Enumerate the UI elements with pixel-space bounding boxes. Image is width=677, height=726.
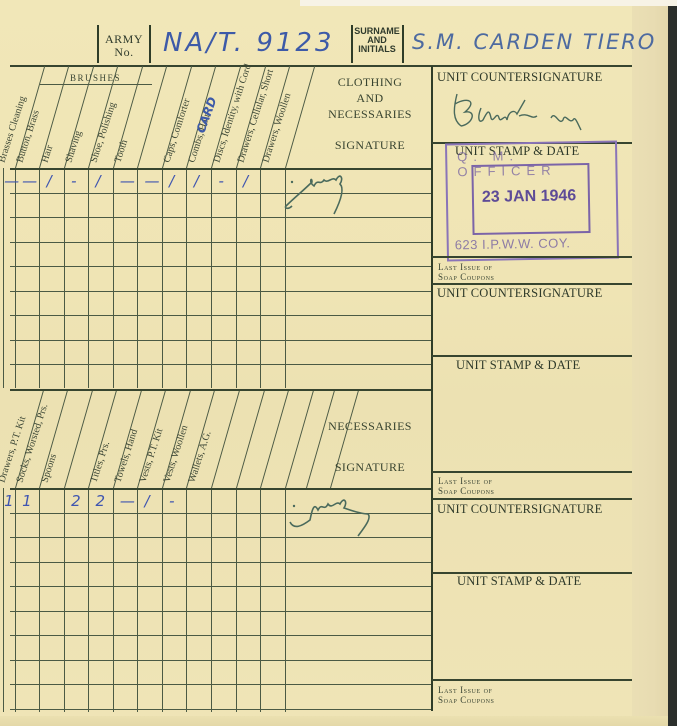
issue-quantity: - (219, 172, 224, 190)
issue-quantity: — (120, 492, 135, 510)
issue-quantity: — (145, 172, 160, 190)
lower-signature-label: SIGNATURE (300, 459, 440, 475)
clothing-necessaries-title: CLOTHING AND NECESSARIES (300, 74, 440, 122)
brushes-group-rule (40, 84, 152, 85)
issue-quantity: — (4, 172, 19, 190)
grid-column-line (211, 168, 212, 388)
handwritten-signature-icon (288, 492, 378, 540)
army-label-line1: ARMY (100, 33, 148, 46)
issue-quantity: 2 (96, 492, 106, 510)
paper-bottom-edge (0, 716, 668, 726)
soap-label-3: Last Issue of Soap Coupons (438, 685, 494, 705)
handwritten-countersignature-icon (447, 90, 607, 140)
stamp-date: 23 JAN 1946 (482, 187, 577, 207)
soap-label-2: Last Issue of Soap Coupons (438, 476, 494, 496)
soap-label-line2: Soap Coupons (438, 695, 494, 705)
grid-column-line (137, 488, 138, 712)
grid-row-line (10, 562, 431, 563)
header-bottom-rule (10, 488, 431, 490)
grid-column-line (88, 488, 89, 712)
soap-label-line1: Last Issue of (438, 476, 494, 486)
grid-column-line (113, 168, 114, 388)
surname-value: S.M. CARDEN TIERO (412, 30, 656, 54)
grid-column-line (186, 168, 187, 388)
army-number-value: NA/T. 9123 (163, 28, 335, 58)
grid-column-line (285, 488, 286, 712)
grid-row-line (10, 242, 431, 243)
grid-row-line (10, 193, 431, 194)
grid-row-line (10, 364, 431, 365)
right-panel-divider (431, 66, 433, 711)
issue-quantity: — (22, 172, 37, 190)
title-line1: CLOTHING (300, 74, 440, 90)
issue-quantity: 1 (4, 492, 14, 510)
necessaries-title: NECESSARIES (300, 418, 440, 434)
unit-stamp: Q. M. OFFICER 23 JAN 1946 623 I.P.W.W. C… (445, 141, 619, 262)
army-label-line2: No. (100, 46, 148, 59)
grid-row-line (10, 709, 431, 710)
block3-rule-soap (432, 679, 632, 681)
lower-signature (288, 492, 378, 545)
grid-column-line (162, 488, 163, 712)
surname-label-line3: INITIALS (353, 45, 401, 54)
grid-row-line (10, 291, 431, 292)
soap-label-line2: Soap Coupons (438, 486, 494, 496)
issue-quantity: - (71, 172, 76, 190)
grid-column-line (162, 168, 163, 388)
stamp-label-2: UNIT STAMP & DATE (456, 358, 580, 373)
countersignature-label-3: UNIT COUNTERSIGNATURE (437, 502, 602, 517)
issue-quantity: / (145, 492, 150, 510)
issue-quantity: / (169, 172, 174, 190)
soap-label-line1: Last Issue of (438, 262, 494, 272)
soap-label-1: Last Issue of Soap Coupons (438, 262, 494, 282)
grid-column-line (137, 168, 138, 388)
issue-quantity: 1 (22, 492, 32, 510)
grid-row-line (10, 266, 431, 267)
grid-column-line (64, 488, 65, 712)
grid-column-line (3, 488, 4, 712)
grid-row-line (10, 217, 431, 218)
issue-quantity: / (96, 172, 101, 190)
issue-quantity: — (120, 172, 135, 190)
scan-border (300, 0, 677, 6)
grid-column-line (186, 488, 187, 712)
paper-edge (632, 0, 668, 726)
issue-quantity: / (194, 172, 199, 190)
brushes-group-header: BRUSHES (70, 73, 121, 83)
grid-column-line (39, 168, 40, 388)
grid-column-line (236, 488, 237, 712)
title-line3: NECESSARIES (300, 106, 440, 122)
block2-rule-stamp (432, 355, 632, 357)
countersignature-label-2: UNIT COUNTERSIGNATURE (437, 286, 602, 301)
issue-quantity: / (47, 172, 52, 190)
grid-row-line (10, 684, 431, 685)
stamp-unit: 623 I.P.W.W. COY. (455, 235, 571, 252)
grid-row-line (10, 315, 431, 316)
handwritten-signature-icon (282, 168, 362, 223)
countersignature-label-1: UNIT COUNTERSIGNATURE (437, 70, 602, 85)
grid-column-line (211, 488, 212, 712)
section-divider (10, 389, 431, 391)
stamp-label-3: UNIT STAMP & DATE (457, 574, 581, 589)
soap-label-line2: Soap Coupons (438, 272, 494, 282)
grid-row-line (10, 635, 431, 636)
issue-quantity: - (169, 492, 174, 510)
grid-row-line (10, 586, 431, 587)
grid-row-line (10, 611, 431, 612)
block2-rule-top (432, 283, 632, 285)
countersignature-1 (447, 90, 607, 145)
grid-column-line (113, 488, 114, 712)
surname-label-divider-right (402, 25, 404, 63)
stamp-date-box: 23 JAN 1946 (471, 163, 590, 235)
grid-column-line (64, 168, 65, 388)
soap-label-line1: Last Issue of (438, 685, 494, 695)
block1-rule-soap (432, 256, 632, 258)
grid-column-line (39, 488, 40, 712)
grid-column-line (15, 488, 16, 712)
upper-signature (282, 168, 362, 228)
grid-column-line (236, 168, 237, 388)
block3-rule-top (432, 498, 632, 500)
header-bottom-rule (10, 168, 431, 170)
issue-quantity: 2 (71, 492, 81, 510)
army-no-label: ARMY No. (100, 33, 148, 58)
upper-signature-label: SIGNATURE (300, 137, 440, 153)
grid-column-line (3, 168, 4, 388)
surname-label: SURNAME AND INITIALS (353, 27, 401, 54)
grid-row-line (10, 660, 431, 661)
army-label-divider-right (149, 25, 151, 63)
grid-column-line (260, 488, 261, 712)
issue-quantity: / (243, 172, 248, 190)
grid-column-line (15, 168, 16, 388)
army-label-divider-left (97, 25, 99, 63)
grid-column-line (260, 168, 261, 388)
grid-row-line (10, 340, 431, 341)
grid-column-line (88, 168, 89, 388)
block2-rule-soap (432, 471, 632, 473)
header-rule (10, 65, 632, 67)
title-line2: AND (300, 90, 440, 106)
